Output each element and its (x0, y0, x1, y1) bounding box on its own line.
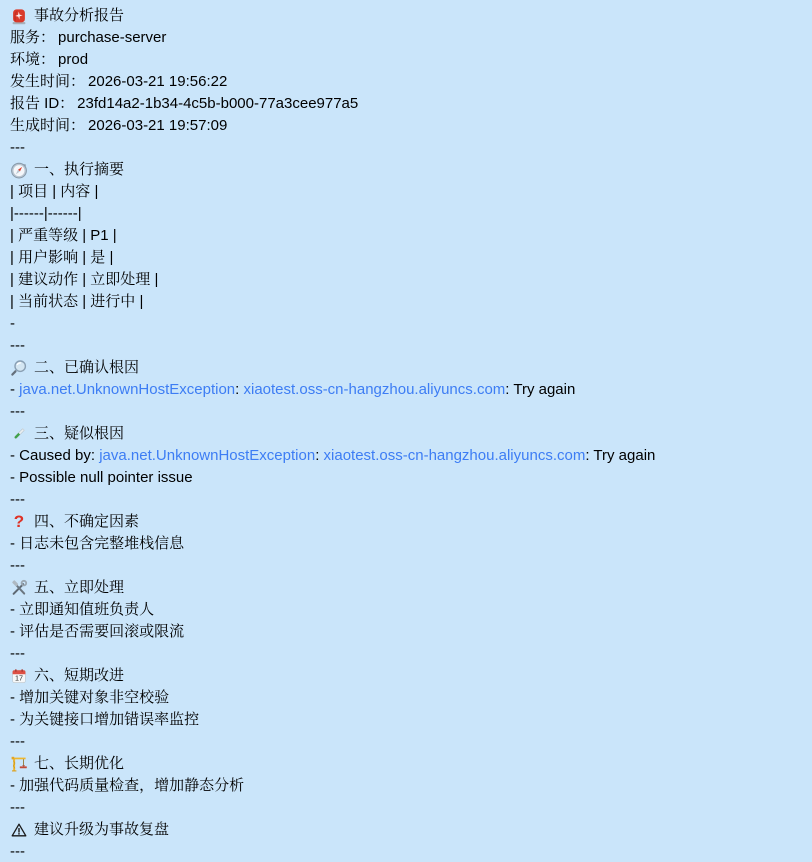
immediate-bullet-2: - 评估是否需要回滚或限流 (10, 621, 802, 643)
section-uncertain-header: ? 四、不确定因素 (10, 511, 802, 533)
svg-text:17: 17 (15, 674, 23, 683)
meta-env-label: 环境： (10, 51, 55, 68)
single-dash: - (10, 313, 802, 335)
warning-icon (10, 821, 28, 839)
escalation-line: 建议升级为事故复盘 (10, 819, 802, 841)
section-uncertain-title: 四、不确定因素 (34, 511, 139, 533)
summary-table-row: | 建议动作 | 立即处理 | (10, 269, 802, 291)
divider: --- (10, 731, 802, 753)
section-short-term-title: 六、短期改进 (34, 665, 124, 687)
report-title-line: 事故分析报告 (10, 5, 802, 27)
section-confirmed-header: 二、已确认根因 (10, 357, 802, 379)
divider: --- (10, 643, 802, 665)
meta-occurred-line: 发生时间：2026-03-21 19:56:22 (10, 71, 802, 93)
incident-report: 事故分析报告 服务：purchase-server 环境：prod 发生时间：2… (0, 0, 812, 862)
section-suspected-title: 三、疑似根因 (34, 423, 124, 445)
escalation-text: 建议升级为事故复盘 (34, 819, 169, 841)
immediate-bullet-1: - 立即通知值班负责人 (10, 599, 802, 621)
host-link[interactable]: xiaotest.oss-cn-hangzhou.aliyuncs.com (243, 381, 505, 398)
meta-service-label: 服务： (10, 29, 55, 46)
meta-occurred-value: 2026-03-21 19:56:22 (88, 73, 227, 90)
compass-icon (10, 161, 28, 179)
divider: --- (10, 555, 802, 577)
section-long-term-title: 七、长期优化 (34, 753, 124, 775)
divider: --- (10, 335, 802, 357)
uncertain-bullet-1: - 日志未包含完整堆栈信息 (10, 533, 802, 555)
summary-table-header: | 项目 | 内容 | (10, 181, 802, 203)
meta-generated-line: 生成时间：2026-03-21 19:57:09 (10, 115, 802, 137)
meta-env-line: 环境：prod (10, 49, 802, 71)
section-confirmed-title: 二、已确认根因 (34, 357, 139, 379)
summary-table-separator: |------|------| (10, 203, 802, 225)
section-short-term-header: 17 六、短期改进 (10, 665, 802, 687)
section-summary-header: 一、执行摘要 (10, 159, 802, 181)
confirmed-bullet: - java.net.UnknownHostException: xiaotes… (10, 379, 802, 401)
section-summary-title: 一、执行摘要 (34, 159, 124, 181)
hammer-wrench-icon (10, 579, 28, 597)
meta-generated-label: 生成时间： (10, 117, 85, 134)
divider: --- (10, 797, 802, 819)
divider: --- (10, 489, 802, 511)
short-term-bullet-1: - 增加关键对象非空校验 (10, 687, 802, 709)
section-immediate-header: 五、立即处理 (10, 577, 802, 599)
section-long-term-header: 七、长期优化 (10, 753, 802, 775)
summary-table-row: | 用户影响 | 是 | (10, 247, 802, 269)
host-link[interactable]: xiaotest.oss-cn-hangzhou.aliyuncs.com (324, 447, 586, 464)
meta-service-value: purchase-server (58, 29, 166, 46)
page-title: 事故分析报告 (34, 5, 124, 27)
suspected-bullet-1: - Caused by: java.net.UnknownHostExcepti… (10, 445, 802, 467)
summary-table-row: | 严重等级 | P1 | (10, 225, 802, 247)
meta-report-id-line: 报告 ID：23fd14a2-1b34-4c5b-b000-77a3cee977… (10, 93, 802, 115)
section-suspected-header: 三、疑似根因 (10, 423, 802, 445)
meta-generated-value: 2026-03-21 19:57:09 (88, 117, 227, 134)
summary-table-row: | 当前状态 | 进行中 | (10, 291, 802, 313)
siren-icon (10, 7, 28, 25)
test-tube-icon (10, 425, 28, 443)
calendar-icon: 17 (10, 667, 28, 685)
exception-link[interactable]: java.net.UnknownHostException (99, 447, 315, 464)
divider: --- (10, 841, 802, 862)
long-term-bullet-1: - 加强代码质量检查，增加静态分析 (10, 775, 802, 797)
section-immediate-title: 五、立即处理 (34, 577, 124, 599)
magnifier-icon (10, 359, 28, 377)
meta-env-value: prod (58, 51, 88, 68)
meta-report-id-label: 报告 ID： (10, 95, 74, 112)
exception-link[interactable]: java.net.UnknownHostException (19, 381, 235, 398)
meta-service-line: 服务：purchase-server (10, 27, 802, 49)
divider: --- (10, 401, 802, 423)
meta-occurred-label: 发生时间： (10, 73, 85, 90)
suspected-bullet-2: - Possible null pointer issue (10, 467, 802, 489)
crane-icon (10, 755, 28, 773)
divider: --- (10, 137, 802, 159)
meta-report-id-value: 23fd14a2-1b34-4c5b-b000-77a3cee977a5 (77, 95, 358, 112)
question-mark-icon: ? (10, 511, 28, 533)
short-term-bullet-2: - 为关键接口增加错误率监控 (10, 709, 802, 731)
